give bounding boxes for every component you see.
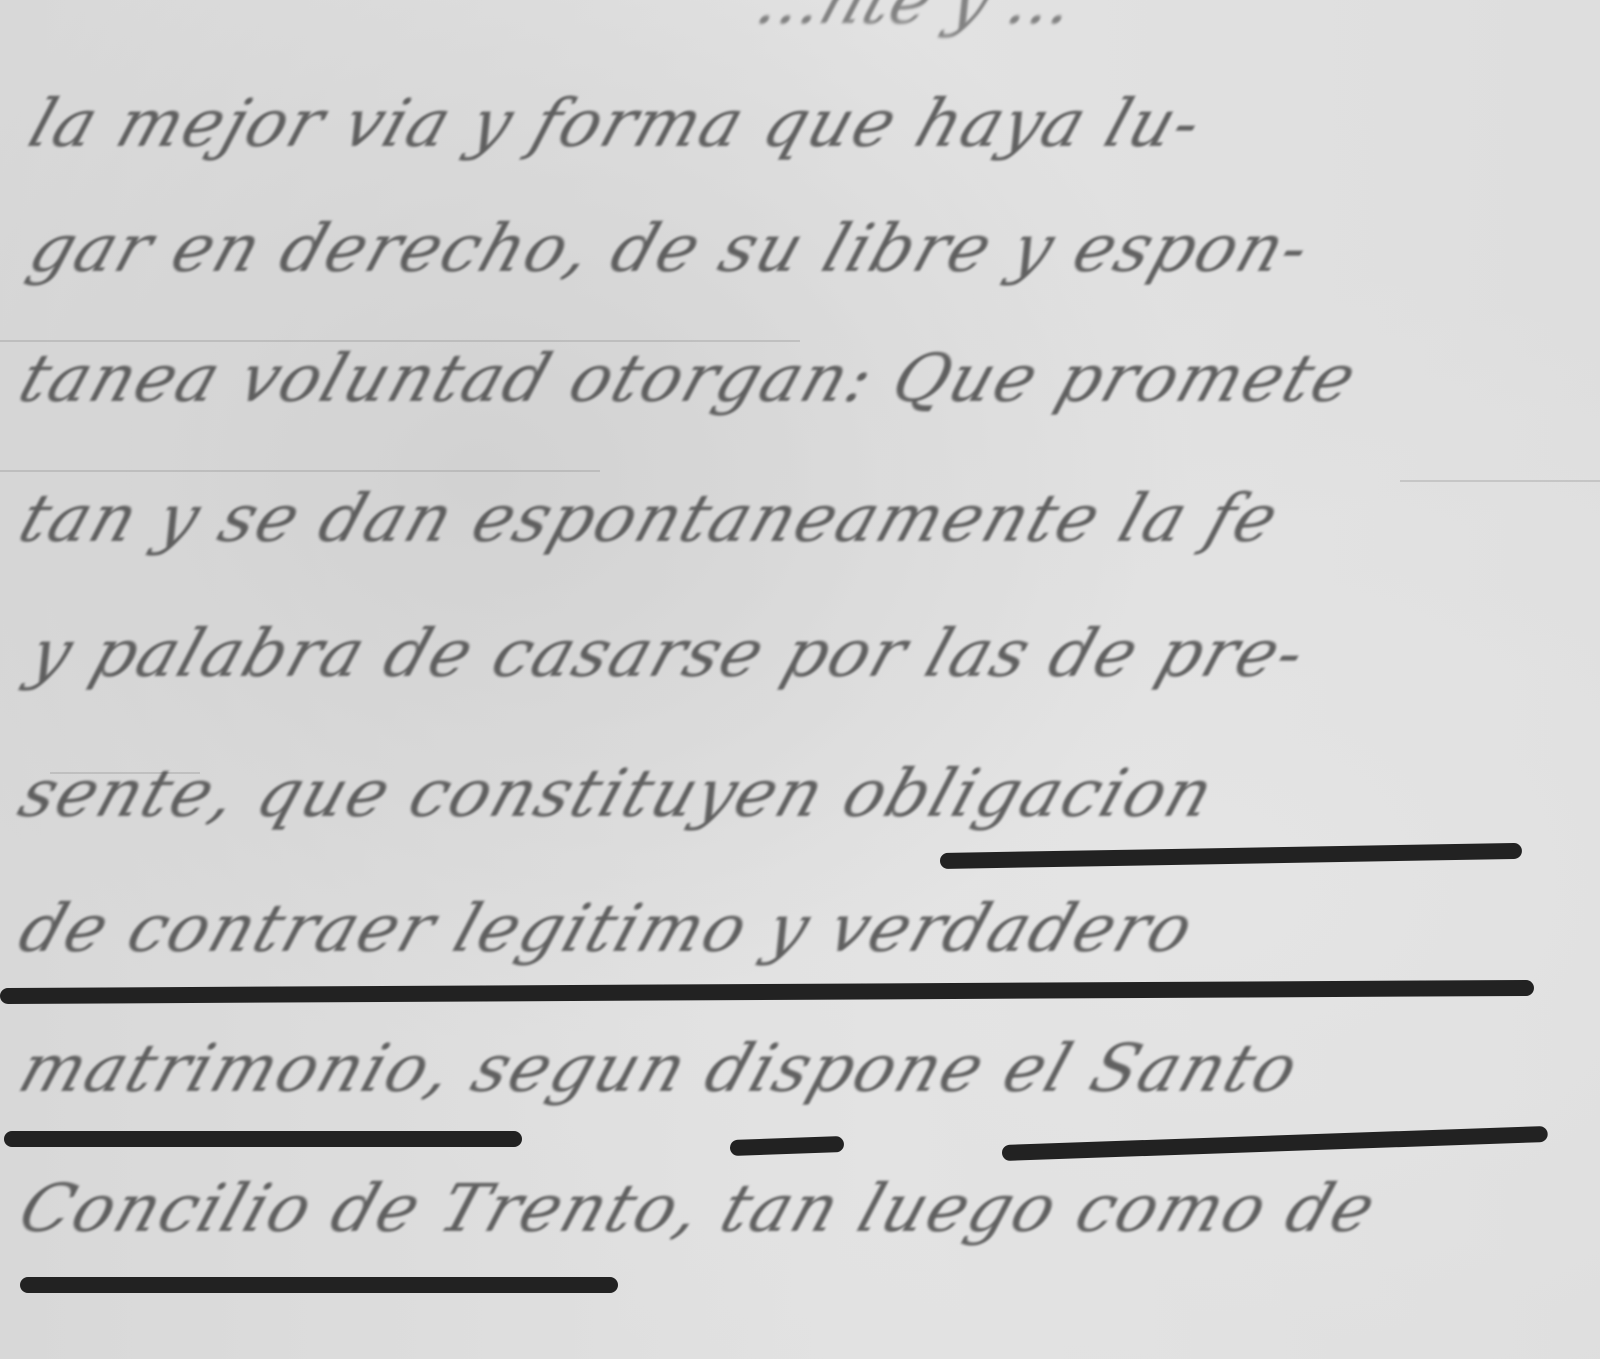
redaction-bar: [730, 1136, 844, 1156]
redaction-bar: [0, 980, 1534, 1004]
text-line-4: tan y se dan espontaneamente la fe: [10, 480, 1289, 557]
redaction-bar: [940, 843, 1522, 869]
ruling-line: [0, 470, 600, 472]
text-line-1: la mejor via y forma que haya lu-: [20, 85, 1213, 162]
text-line-6: sente, que constituyen obligacion: [10, 755, 1224, 832]
text-line-5: y palabra de casarse por las de pre-: [20, 615, 1316, 692]
redaction-bar: [4, 1131, 522, 1147]
text-line-8: matrimonio, segun dispone el Santo: [10, 1030, 1309, 1107]
ruling-line: [1400, 480, 1600, 482]
text-line-7: de contraer legitimo y verdadero: [10, 890, 1204, 967]
text-line-3: tanea voluntad otorgan: Que promete: [10, 340, 1367, 417]
cut-off-top-line: ...nte y ...: [747, 0, 1085, 39]
text-line-9: Concilio de Trento, tan luego como de: [10, 1170, 1387, 1247]
redaction-bar: [20, 1277, 618, 1293]
redaction-bar: [1002, 1126, 1548, 1161]
text-line-2: gar en derecho, de su libre y espon-: [20, 210, 1320, 287]
manuscript-page: ...nte y ... la mejor via y forma que ha…: [0, 0, 1600, 1359]
